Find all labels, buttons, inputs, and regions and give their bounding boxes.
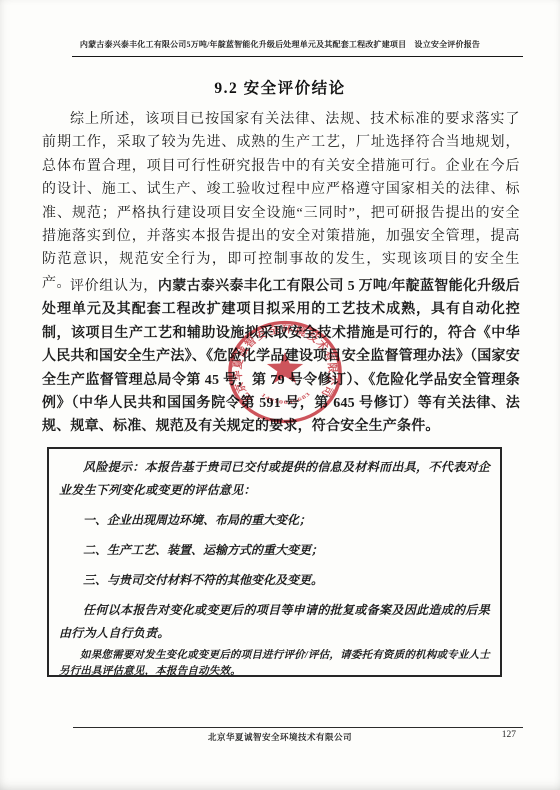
risk-liability: 任何以本报告对变化或变更后的项目等申请的批复或备案及因此造成的后果由行为人自行负… xyxy=(59,599,490,645)
body-paragraph-1: 综上所述，该项目已按国家有关法律、法规、技术标准的要求落实了前期工作，采取了较为… xyxy=(42,108,520,295)
paragraph-2-lead: 评价组认为， xyxy=(70,279,158,294)
report-page: 内蒙古泰兴泰丰化工有限公司5万吨/年靛蓝智能化升级后处理单元及其配套工程改扩建项… xyxy=(0,0,560,790)
footer-rule xyxy=(73,727,523,728)
footer-company: 北京华夏诚智安全环境技术有限公司 xyxy=(40,731,520,743)
risk-item-3: 三、与贵司交付材料不符的其他变化及变更。 xyxy=(59,569,490,592)
company-seal-stamp: 北京华夏诚智安全环境技术有限公司 140100496835 xyxy=(222,315,348,429)
risk-note: 如果您需要对发生变化或变更后的项目进行评价/评估，请委托有资质的机构或专业人士另… xyxy=(59,648,490,677)
risk-intro: 风险提示：本报告基于贵司已交付或提供的信息及材料而出具，不代表对企业发生下列变化… xyxy=(59,456,490,502)
page-header: 内蒙古泰兴泰丰化工有限公司5万吨/年靛蓝智能化升级后处理单元及其配套工程改扩建项… xyxy=(40,39,520,50)
risk-notice-box: 风险提示：本报告基于贵司已交付或提供的信息及材料而出具，不代表对企业发生下列变化… xyxy=(47,447,502,677)
header-rule xyxy=(72,56,523,57)
section-title: 9.2 安全评价结论 xyxy=(0,76,560,98)
star-icon xyxy=(267,352,303,383)
risk-item-2: 二、生产工艺、装置、运输方式的重大变更； xyxy=(59,539,490,562)
page-number: 127 xyxy=(470,730,516,740)
risk-item-1: 一、企业出现周边环境、布局的重大变化； xyxy=(59,509,490,532)
